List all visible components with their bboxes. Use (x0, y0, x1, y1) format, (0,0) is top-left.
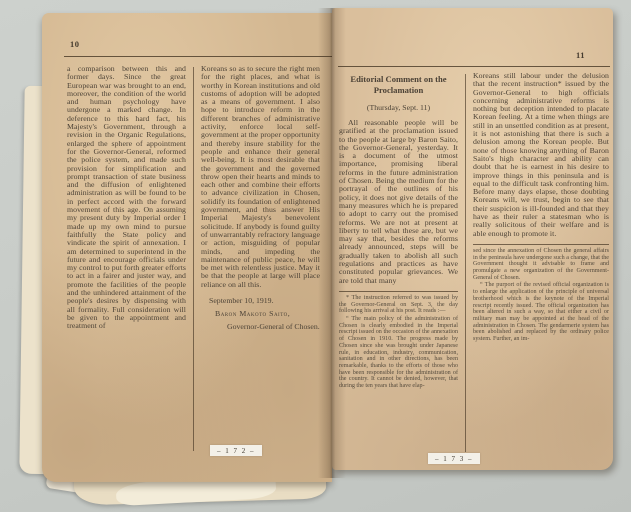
right-page-number: 11 (576, 50, 585, 60)
left-page-number: 10 (70, 39, 80, 49)
footnote-quote-2: “ The purport of the revised official or… (473, 282, 609, 342)
right-page: 11 Editorial Comment on the Proclamation… (332, 8, 613, 470)
left-page-columns: a comparison between this and former day… (67, 65, 321, 457)
footnote-separator-rule (339, 291, 458, 292)
right-header-rule (338, 66, 610, 67)
footnote-continuation: sed since the annexation of Chosen the g… (473, 248, 609, 282)
editorial-body-part2: Koreans still labour under the delusion … (473, 72, 609, 238)
footnote-block-1: * The instruction referred to was issued… (339, 295, 458, 390)
left-page: 10 a comparison between this and former … (42, 13, 332, 482)
footnote-intro: * The instruction referred to was issued… (339, 295, 458, 315)
left-column-2: Koreans so as to secure the right men fo… (201, 65, 320, 457)
signature-name: Baron Makoto Saito, (201, 309, 320, 318)
signature-title: Governor-General of Chosen. (201, 322, 320, 331)
right-column-2: Koreans still labour under the delusion … (473, 72, 609, 458)
editorial-heading: Editorial Comment on the Proclamation (341, 74, 456, 96)
footnote-block-2: sed since the annexation of Chosen the g… (473, 248, 609, 343)
left-column-rule (193, 67, 194, 451)
proclamation-text-part2: Koreans so as to secure the right men fo… (201, 65, 320, 289)
right-page-footer-label: – 1 7 3 – (428, 453, 480, 464)
proclamation-dateline: September 10, 1919. (201, 296, 320, 305)
book-photo-scene: 10 a comparison between this and former … (0, 0, 631, 512)
left-header-rule (64, 56, 332, 57)
left-column-1: a comparison between this and former day… (67, 65, 186, 457)
right-column-1: Editorial Comment on the Proclamation (T… (339, 72, 458, 458)
left-page-footer-label: – 1 7 2 – (210, 445, 262, 456)
footnote-separator-rule-2 (473, 244, 609, 245)
right-column-rule (465, 74, 466, 452)
proclamation-text-part1: a comparison between this and former day… (67, 65, 186, 331)
footnote-quote: “ The main policy of the administration … (339, 316, 458, 390)
editorial-subheading: (Thursday, Sept. 11) (339, 103, 458, 112)
editorial-body-part1: All reasonable people will be gratified … (339, 119, 458, 285)
right-page-columns: Editorial Comment on the Proclamation (T… (339, 72, 609, 458)
